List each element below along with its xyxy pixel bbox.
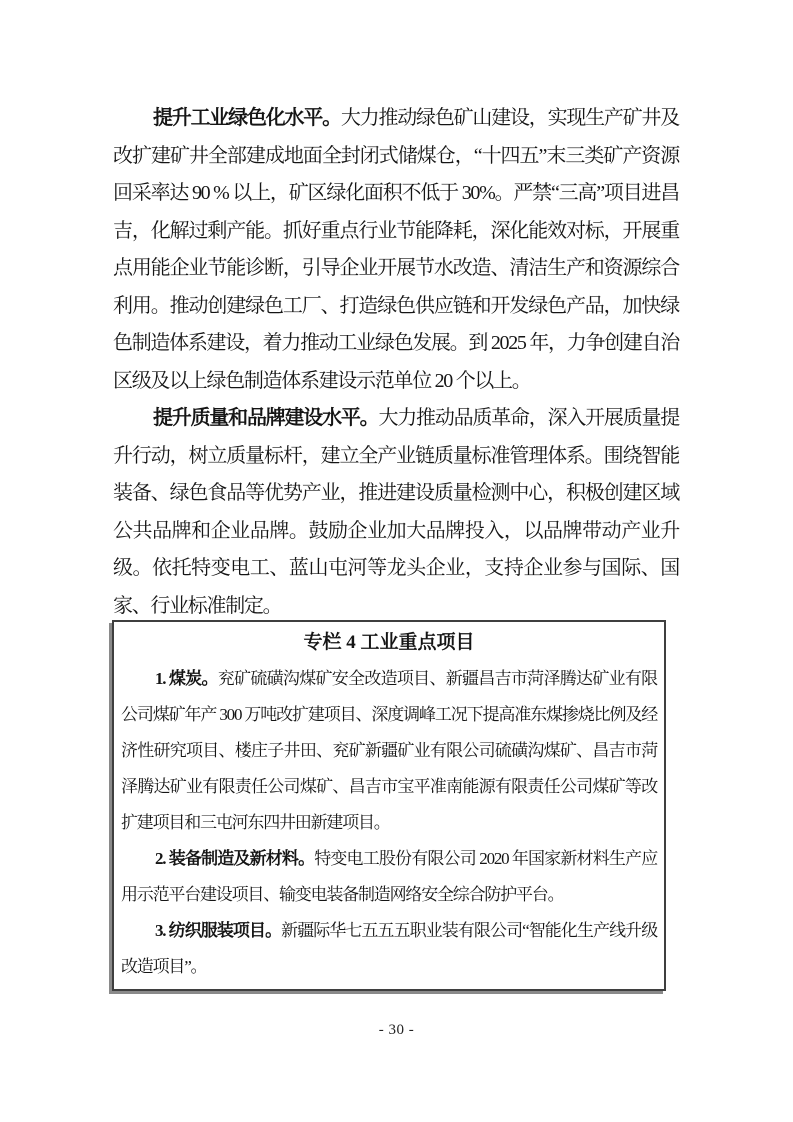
callout-item-lead-coal: 1. 煤炭。 <box>155 669 218 688</box>
paragraph-quality-brand: 提升质量和品牌建设水平。大力推动品质革命，深入开展质量提升行动，树立质量标杆，建… <box>113 400 679 625</box>
paragraph-body-green-industry: 大力推动绿色矿山建设，实现生产矿井及改扩建矿井全部建成地面全封闭式储煤仓，“十四… <box>113 107 679 392</box>
paragraph-body-quality-brand: 大力推动品质革命，深入开展质量提升行动，树立质量标杆，建立全产业链质量标准管理体… <box>113 407 679 617</box>
text-column: 提升工业绿色化水平。大力推动绿色矿山建设，实现生产矿井及改扩建矿井全部建成地面全… <box>113 100 679 625</box>
paragraph-lead-green-industry: 提升工业绿色化水平。 <box>153 107 341 129</box>
callout-item-coal: 1. 煤炭。兖矿硫磺沟煤矿安全改造项目、新疆昌吉市菏泽腾达矿业有限公司煤矿年产 … <box>121 661 657 841</box>
callout-box-key-projects: 专栏 4 工业重点项目 1. 煤炭。兖矿硫磺沟煤矿安全改造项目、新疆昌吉市菏泽腾… <box>112 620 666 991</box>
callout-item-lead-equipment-materials: 2. 装备制造及新材料。 <box>155 849 314 868</box>
callout-item-lead-textile: 3. 纺织服装项目。 <box>155 921 281 940</box>
callout-item-body-coal: 兖矿硫磺沟煤矿安全改造项目、新疆昌吉市菏泽腾达矿业有限公司煤矿年产 300 万吨… <box>121 669 657 832</box>
callout-item-textile: 3. 纺织服装项目。新疆际华七五五五职业装有限公司“智能化生产线升级改造项目”。 <box>121 913 657 985</box>
callout-box-title: 专栏 4 工业重点项目 <box>121 625 657 661</box>
page-number: - 30 - <box>0 1022 793 1039</box>
paragraph-lead-quality-brand: 提升质量和品牌建设水平。 <box>153 407 378 429</box>
callout-item-equipment-materials: 2. 装备制造及新材料。特变电工股份有限公司 2020 年国家新材料生产应用示范… <box>121 841 657 913</box>
paragraph-green-industry: 提升工业绿色化水平。大力推动绿色矿山建设，实现生产矿井及改扩建矿井全部建成地面全… <box>113 100 679 400</box>
document-page: 提升工业绿色化水平。大力推动绿色矿山建设，实现生产矿井及改扩建矿井全部建成地面全… <box>0 0 793 1122</box>
